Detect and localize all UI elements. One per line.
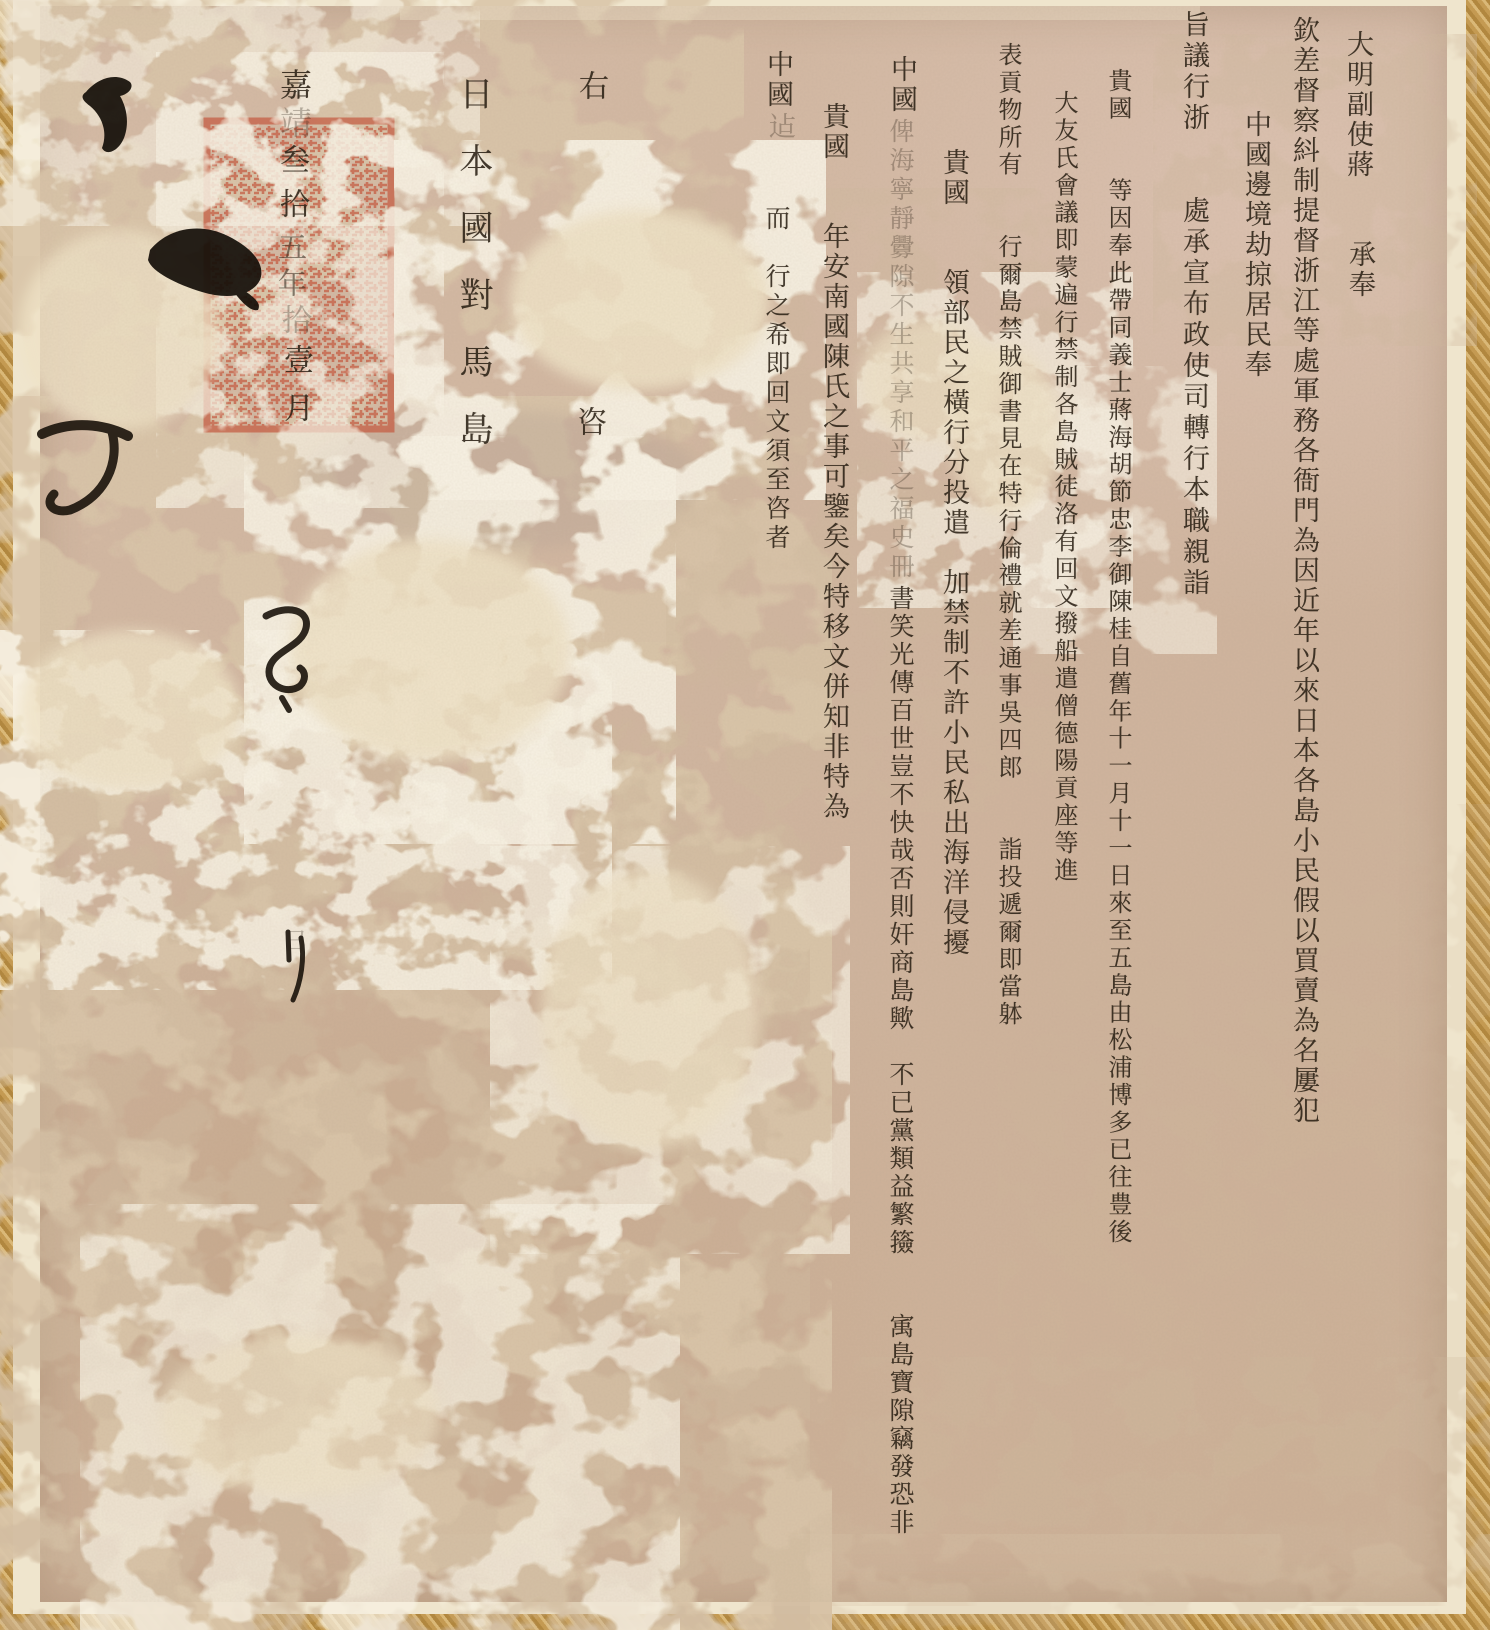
date-era-char-2: 靖 [278,106,310,138]
text-column-tranquility-c: 書笑光傳百世豈不快哉否則奸商島歟 不已黨類益繁籡 㝢島寶隙竊發恐非 [888,585,913,1537]
text-column-closing-c: 而 行之希即回文須至咨者 [764,205,789,553]
dispatch-marker: 咨 [573,406,603,436]
text-column-edict: 旨議行浙 處承宣布政使司轉行本職親詣 [1180,10,1207,599]
date-ten: 拾 [278,304,308,334]
text-column-otomo: 大友氏會議即蒙遍行禁制各島賊徒洛有回文撥船遣僧德陽貢座等進 [1052,90,1076,885]
text-column-border: 中國邊境劫掠居民奉 [1242,110,1269,380]
date-day: 日 [281,928,305,952]
text-column-closing-b: 迠 [766,112,793,142]
document-sheet [40,6,1447,1602]
date-era-char: 嘉 [278,68,310,100]
date-year: 五年 [276,232,305,304]
text-column-tranquility-a: 中國 [888,55,915,115]
date-thirty: 叁拾 [276,144,306,232]
text-column-heading: 大明副使蔣 [1344,30,1371,180]
text-column-heading-cont: 承奉 [1346,240,1373,300]
date-month: 壹月 [280,344,310,440]
text-column-annam: 貴國 年安南國陳氏之事可鑒矣今特移文併知非特為 [820,102,847,822]
text-column-commission: 欽差督察紏制提督浙江等處軍務各衙門為因近年以來日本各島小民假以買賣為名屢犯 [1290,16,1317,1126]
text-column-tranquility-b: 俾海寧靜釁隙不生共享和平之福史冊 [888,118,913,582]
text-column-closing-a: 中國 [764,50,791,110]
scroll-with-brocade-border: 大明副使蔣 承奉 欽差督察紏制提督浙江等處軍務各衙門為因近年以來日本各島小民假以… [0,0,1490,1630]
text-column-envoys: 貴國 等因奉此帶同義士蔣海胡節忠李御陳桂自舊年十一月十一日來至五島由松浦博多已往… [1106,68,1130,1246]
text-column-tribute: 表貢物所有 行爾島禁賊御書見在特行倫禮就差通事吳四郎 詣投遞爾即當躰 [996,42,1020,1028]
right-marker: 右 [575,70,605,100]
addressee-tsushima: 日本國對馬島 [456,76,490,478]
text-column-restrain: 貴國 領部民之橫行分投遣 加禁制不許小民私出海洋侵擾 [940,148,967,958]
